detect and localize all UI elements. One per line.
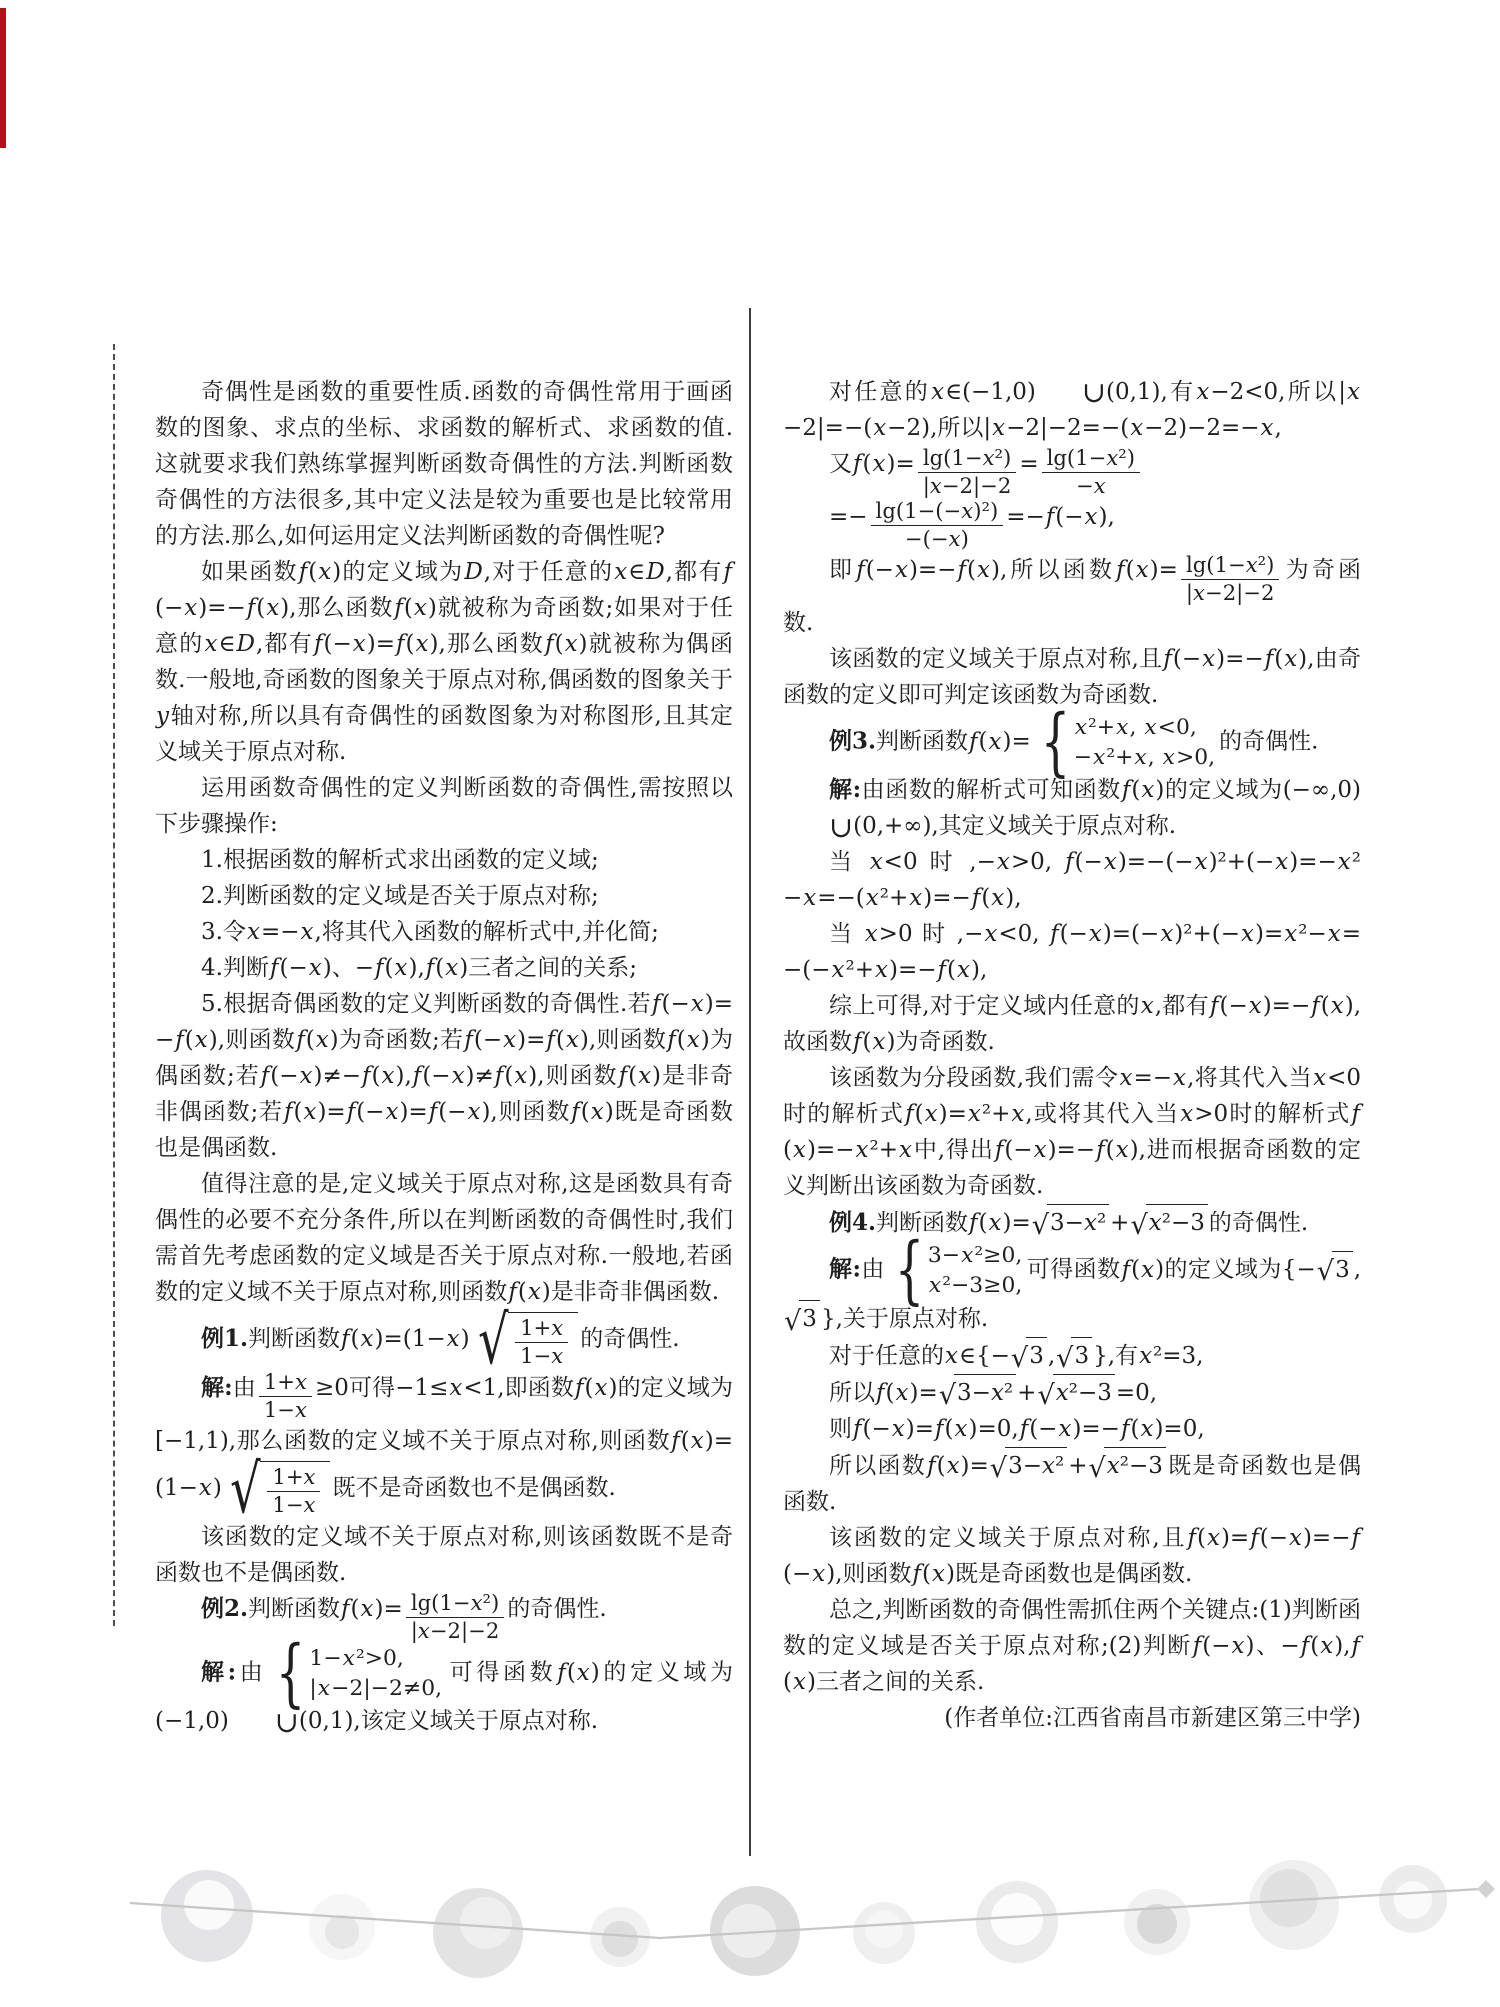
paragraph-right-3: =−lg(1−(−x)²)−(−x)=−f(−x),: [783, 499, 1361, 552]
math-run: =−: [829, 504, 868, 530]
bold-label: 例3.: [829, 728, 876, 755]
text-run: 1.根据函数的解析式求出函数的定义域;: [201, 847, 599, 873]
radicand: x²−3: [1104, 1447, 1166, 1484]
math-run: +: [1110, 1210, 1129, 1236]
paragraph-left-12: 该函数的定义域不关于原点对称,则该函数既不是奇函数也不是偶函数.: [155, 1519, 733, 1591]
text-run: 所以函数: [829, 1453, 926, 1479]
paragraph-left-6: 3.令x=−x,将其代入函数的解析式中,并化简;: [155, 914, 733, 950]
sqrt-expression: √3: [1011, 1337, 1047, 1374]
math-run: f(−x): [269, 955, 332, 981]
text-run: 即: [829, 557, 855, 583]
fraction-numerator: lg(1−(−x)²): [871, 499, 1004, 525]
text-run: 的定义域为: [617, 1375, 733, 1401]
text-run: 的定义域为: [600, 1660, 733, 1686]
radicand: 3−x²: [1005, 1447, 1067, 1484]
math-run: −f(x): [1280, 1633, 1343, 1659]
math-run: y: [155, 703, 170, 729]
sqrt-expression: √3−x²: [1032, 1204, 1109, 1241]
text-run: 运用函数奇偶性的定义判断函数的奇偶性,需按照以下步骤操作:: [155, 775, 733, 837]
math-run: x∈{−: [944, 1343, 1010, 1369]
cases-rows: 3−x²≥0,x²−3≥0,: [928, 1241, 1022, 1300]
fraction-numerator: lg(1−x²): [1042, 446, 1140, 472]
text-run: 综上可得,对于定义域内任意的: [829, 993, 1140, 1019]
paragraph-right-12: 例4.判断函数f(x)=√3−x²+√x²−3的奇偶性.: [783, 1204, 1361, 1241]
math-run: f(−x)=−f(x): [1162, 646, 1307, 672]
text-run: ,其定义域关于原点对称.: [931, 813, 1176, 839]
text-run: ,: [404, 1063, 411, 1089]
bold-label: 例4.: [829, 1209, 876, 1236]
math-run: f(x)=(1−x): [340, 1326, 470, 1352]
math-run: f(−x)=−f(x): [994, 1137, 1139, 1163]
text-run: 三者之间的关系;: [468, 955, 637, 981]
text-run: 时的解析式: [783, 1101, 904, 1127]
math-run: f(x)=: [926, 1453, 989, 1479]
text-run: 既不是奇函数也不是偶函数.: [332, 1475, 615, 1501]
text-run: 2.判断函数的定义域是否关于原点对称;: [201, 883, 599, 909]
text-run: 该函数的定义域关于原点对称,且: [829, 646, 1162, 672]
math-run: f(x)=: [968, 729, 1031, 755]
text-run: 又: [829, 451, 852, 477]
fraction-denominator: |x−2|−2: [1181, 579, 1280, 606]
text-run: 由函数的解析式可知函数: [861, 777, 1121, 803]
paragraph-left-9: 值得注意的是,定义域关于原点对称,这是函数具有奇偶性的必要不充分条件,所以在判断…: [155, 1166, 733, 1310]
math-run: f(x)=: [1115, 557, 1178, 583]
text-run: ,则函数: [835, 1561, 911, 1587]
sqrt-expression: √x²−3: [1130, 1204, 1207, 1241]
math-run: (−1,0)∪(0,1): [155, 1708, 353, 1734]
text-run: 如果函数: [201, 559, 298, 585]
math-run: =0: [1116, 1380, 1150, 1406]
decorative-circle: [1249, 1860, 1339, 1950]
text-run: ,所以函数: [1000, 557, 1115, 583]
math-run: x=−x: [246, 919, 315, 945]
cases-brace: {: [1040, 713, 1069, 772]
cases-block: {1−x²>0,|x−2|−2≠0,: [270, 1644, 442, 1703]
cases-row: |x−2|−2≠0,: [309, 1674, 442, 1703]
cases-brace: {: [895, 1241, 924, 1300]
text-run: 对任意的: [829, 379, 930, 405]
decorative-circle-inner: [1394, 1881, 1432, 1919]
fraction: lg(1−x²)|x−2|−2: [1181, 553, 1280, 606]
math-run: x=−x: [1118, 1065, 1187, 1091]
cases-brace: {: [276, 1644, 305, 1703]
math-run: f(−x)=−f(x): [1209, 993, 1354, 1019]
text-run: 由: [236, 1660, 266, 1686]
math-run: f(x): [393, 595, 436, 621]
text-run: ,: [1197, 1416, 1204, 1442]
fraction-denominator: 1−x: [267, 1491, 320, 1518]
text-run: ,该定义域关于原点对称.: [353, 1708, 598, 1734]
paragraph-right-11: 该函数为分段函数,我们需令x=−x,将其代入当x<0时的解析式f(x)=x²+x…: [783, 1060, 1361, 1204]
text-run: 的定义域为: [1164, 777, 1282, 803]
sqrt-expression: √1+x1−x: [224, 1459, 331, 1519]
text-run: ,: [1014, 885, 1021, 911]
math-run: {−: [1282, 1257, 1316, 1283]
radicand: 3: [1026, 1337, 1047, 1374]
paragraph-left-1: 奇偶性是函数的重要性质.函数的奇偶性常用于画函数的图象、求点的坐标、求函数的解析…: [155, 374, 733, 554]
math-run: [−1,1): [155, 1428, 229, 1454]
radicand: x²−3: [1053, 1374, 1115, 1411]
text-run: 判断函数: [248, 1326, 340, 1352]
text-run: 是非奇非偶函数.: [551, 1279, 719, 1305]
math-run: ,: [1048, 1343, 1055, 1369]
text-run: 为奇函数.: [895, 1029, 994, 1055]
text-run: 判断函数: [248, 1596, 340, 1622]
text-run: 时 ,: [913, 921, 965, 947]
paragraph-left-13: 例2.判断函数f(x)=lg(1−x²)|x−2|−2的奇偶性.: [155, 1591, 733, 1644]
text-run: ,: [980, 957, 987, 983]
text-run: 三者之间的关系.: [816, 1669, 984, 1695]
decorative-circle: [853, 1902, 915, 1964]
text-run: 奇偶性是函数的重要性质.函数的奇偶性常用于画函数的图象、求点的坐标、求函数的解析…: [155, 379, 733, 549]
sqrt-expression: √3: [784, 1300, 820, 1337]
text-run: 判断函数: [876, 729, 968, 755]
math-run: f(x)=: [340, 1596, 403, 1622]
math-run: D: [463, 559, 483, 585]
text-run: 由: [233, 1375, 256, 1401]
decorative-circle-inner: [991, 1893, 1043, 1945]
math-run: f(x): [544, 631, 587, 657]
text-run: ,: [417, 955, 424, 981]
fraction-denominator: −x: [1042, 472, 1140, 499]
text-run: 5.根据奇偶函数的定义判断函数的奇偶性.若: [201, 991, 651, 1017]
math-run: f(x)=f(−x)=f(−x): [283, 1099, 490, 1125]
math-run: f(x): [1121, 777, 1164, 803]
text-run: ,或将其代入当: [1025, 1101, 1179, 1127]
math-run: f(x): [574, 1375, 617, 1401]
math-run: x: [1140, 993, 1155, 1019]
decorative-circle-inner: [1260, 1869, 1318, 1927]
paragraph-left-3: 运用函数奇偶性的定义判断函数的奇偶性,需按照以下步骤操作:: [155, 770, 733, 842]
radical-sign: √: [478, 1310, 509, 1370]
math-run: f(−x)≠f(x): [412, 1063, 537, 1089]
text-run: ,那么函数: [439, 631, 545, 657]
math-run: f(x)=: [875, 1380, 938, 1406]
text-run: 4.判断: [201, 955, 269, 981]
math-run: f(x): [852, 1029, 895, 1055]
text-run: ,所以: [1278, 379, 1338, 405]
text-run: ,那么函数: [289, 595, 393, 621]
math-run: f(−x)=−f(x): [855, 557, 1000, 583]
decorative-circle-inner: [722, 1904, 776, 1958]
paragraph-left-11: 解:由1+x1−x≥0可得−1≤x<1,即函数f(x)的定义域为[−1,1),那…: [155, 1370, 733, 1519]
text-run: ,都有: [1155, 993, 1209, 1019]
math-run: ≥0: [315, 1375, 349, 1401]
cases-block: {3−x²≥0,x²−3≥0,: [889, 1241, 1022, 1300]
math-run: f(−x)=f(x)=0,f(−x)=−f(x)=0: [852, 1416, 1197, 1442]
decorative-circle-inner: [1137, 1904, 1177, 1944]
paragraph-right-7: 解:由函数的解析式可知函数f(x)的定义域为(−∞,0)∪(0,+∞),其定义域…: [783, 772, 1361, 844]
fraction-numerator: 1+x: [515, 1316, 568, 1342]
paragraph-right-19: 总之,判断函数的奇偶性需抓住两个关键点:(1)判断函数的定义域是否关于原点对称;…: [783, 1592, 1361, 1700]
decorative-circle: [976, 1881, 1058, 1963]
text-run: 的奇偶性.: [580, 1326, 679, 1352]
fraction-denominator: 1−x: [515, 1342, 568, 1369]
text-run: 既是奇函数也是偶函数.: [955, 1561, 1192, 1587]
math-run: x>0: [864, 921, 913, 947]
cases-row: x²−3≥0,: [928, 1271, 1022, 1300]
math-run: f(−x)=f(x): [463, 1027, 588, 1053]
math-run: f(x)=x²+x: [904, 1101, 1025, 1127]
radicand: 3−x²: [1047, 1204, 1109, 1241]
cases-rows: x²+x, x<0,−x²+x, x>0,: [1074, 713, 1215, 772]
paragraph-left-7: 4.判断f(−x)、−f(x),f(x)三者之间的关系;: [155, 950, 733, 986]
text-run: ,则函数: [218, 1027, 295, 1053]
text-run: ,则函数: [490, 1099, 570, 1125]
bold-label: 例2.: [201, 1595, 248, 1622]
math-run: x>0: [1179, 1101, 1228, 1127]
math-run: +: [1017, 1380, 1036, 1406]
decorative-circle: [1124, 1889, 1190, 1955]
paragraph-right-16: 则f(−x)=f(x)=0,f(−x)=−f(x)=0,: [783, 1411, 1361, 1447]
text-run: 的奇偶性.: [507, 1596, 606, 1622]
fraction: lg(1−x²)|x−2|−2: [918, 446, 1017, 499]
paragraph-right-20: (作者单位:江西省南昌市新建区第三中学): [783, 1700, 1361, 1736]
math-run: =−f(−x): [1006, 504, 1107, 530]
text-run: 可得函数: [1026, 1257, 1120, 1283]
text-run: 、: [1254, 1633, 1280, 1659]
fraction-numerator: lg(1−x²): [406, 1591, 505, 1617]
text-run: 轴对称,所以具有奇偶性的函数图象为对称图形,且其定义域关于原点对称.: [155, 703, 733, 765]
sqrt-expression: √x²−3: [1089, 1447, 1166, 1484]
math-run: f(x)=: [852, 451, 915, 477]
text-run: 的定义域为: [1164, 1257, 1282, 1283]
text-run: 当: [829, 921, 864, 947]
text-run: 所以: [829, 1380, 875, 1406]
paragraph-right-17: 所以函数f(x)=√3−x²+√x²−3既是奇函数也是偶函数.: [783, 1447, 1361, 1520]
math-run: x∈D: [204, 631, 256, 657]
text-run: ,: [1274, 415, 1281, 441]
decorative-circle-inner: [602, 1921, 638, 1957]
text-run: 该函数的定义域不关于原点对称,则该函数既不是奇函数也不是偶函数.: [155, 1524, 733, 1586]
sqrt-expression: √3: [1317, 1251, 1353, 1288]
text-run: 则: [829, 1416, 852, 1442]
sqrt-expression: √x²−3: [1037, 1374, 1114, 1411]
text-run: 可得函数: [446, 1660, 556, 1686]
bold-label: 解:: [829, 776, 861, 803]
text-run: ,有: [1108, 1343, 1138, 1369]
paragraph-left-2: 如果函数f(x)的定义域为D,对于任意的x∈D,都有f(−x)=−f(x),那么…: [155, 554, 733, 770]
chain-line: [130, 1889, 1480, 1938]
bold-label: 解:: [201, 1374, 233, 1401]
decorative-circle-inner: [325, 1915, 359, 1949]
math-run: −(x−2): [844, 415, 930, 441]
fraction: 1+x1−x: [267, 1465, 320, 1518]
paragraph-left-4: 1.根据函数的解析式求出函数的定义域;: [155, 842, 733, 878]
sqrt-expression: √3: [1056, 1337, 1092, 1374]
decorative-circle-inner: [460, 1897, 512, 1949]
radicand: 3−x²: [954, 1374, 1016, 1411]
paragraph-right-4: 即f(−x)=−f(x),所以函数f(x)=lg(1−x²)|x−2|−2为奇函…: [783, 552, 1361, 641]
page: 奇偶性是函数的重要性质.函数的奇偶性常用于画函数的图象、求点的坐标、求函数的解析…: [0, 0, 1500, 2007]
text-run: ,有: [1161, 379, 1196, 405]
paragraph-left-8: 5.根据奇偶函数的定义判断函数的奇偶性.若f(−x)=−f(x),则函数f(x)…: [155, 986, 733, 1166]
text-run: 的奇偶性.: [1219, 729, 1318, 755]
cases-row: 3−x²≥0,: [928, 1241, 1022, 1270]
math-run: x<0: [869, 849, 918, 875]
text-run: 中,得出: [913, 1137, 994, 1163]
text-run: 时的解析式: [1228, 1101, 1350, 1127]
fraction: lg(1−x²)−x: [1042, 446, 1140, 499]
fraction: 1+x1−x: [259, 1370, 312, 1423]
fraction-denominator: |x−2|−2: [406, 1617, 505, 1644]
math-run: f(x): [570, 1099, 613, 1125]
sqrt-expression: √3−x²: [939, 1374, 1016, 1411]
text-run: ,将其代入当: [1187, 1065, 1312, 1091]
fraction-numerator: lg(1−x²): [918, 446, 1017, 472]
column-divider: [749, 308, 751, 1856]
fraction: 1+x1−x: [515, 1316, 568, 1369]
paragraph-right-5: 该函数的定义域关于原点对称,且f(−x)=−f(x),由奇函数的定义即可判定该函…: [783, 641, 1361, 713]
math-run: +: [1068, 1453, 1087, 1479]
bold-label: 解:: [201, 1659, 236, 1686]
text-run: 时 ,: [918, 849, 977, 875]
text-run: ,则函数: [589, 1027, 666, 1053]
fraction-numerator: 1+x: [267, 1465, 320, 1491]
text-run: ,都有: [666, 559, 723, 585]
fraction-denominator: −(−x): [871, 525, 1004, 552]
right-column: 对任意的x∈(−1,0)∪(0,1),有x−2<0,所以|x−2|=−(x−2)…: [783, 374, 1361, 1736]
page-edge-mark: [0, 8, 6, 148]
math-run: f(x): [295, 1027, 338, 1053]
text-run: 、: [332, 955, 355, 981]
text-run: 该函数的定义域关于原点对称,且: [829, 1525, 1186, 1551]
paragraph-right-13: 解:由{3−x²≥0,x²−3≥0,可得函数f(x)的定义域为{−√3,√3},…: [783, 1241, 1361, 1337]
text-run: ,都有: [256, 631, 313, 657]
text-run: 的定义域为: [341, 559, 463, 585]
sqrt-expression: √1+x1−x: [472, 1310, 579, 1370]
math-run: f(−x): [1192, 1633, 1255, 1659]
math-run: |x−2|−2=−(x−2)−2=−x: [983, 415, 1274, 441]
bold-label: 例1.: [201, 1325, 248, 1352]
text-run: ,所以: [930, 415, 983, 441]
cases-row: −x²+x, x>0,: [1074, 743, 1215, 772]
fraction: lg(1−x²)|x−2|−2: [406, 1591, 505, 1644]
text-run: 3.令: [201, 919, 246, 945]
paragraph-right-1: 对任意的x∈(−1,0)∪(0,1),有x−2<0,所以|x−2|=−(x−2)…: [783, 374, 1361, 446]
math-run: f(x): [666, 1027, 709, 1053]
decorative-circle: [161, 1870, 253, 1962]
text-run: (作者单位:江西省南昌市新建区第三中学): [944, 1705, 1361, 1731]
math-run: f(x): [1121, 1257, 1164, 1283]
text-run: ,则函数: [537, 1063, 617, 1089]
math-run: ,: [1354, 1257, 1361, 1283]
math-run: }: [821, 1306, 836, 1332]
text-run: 的奇偶性.: [1209, 1210, 1308, 1236]
radical-sign: √: [230, 1459, 261, 1519]
left-column: 奇偶性是函数的重要性质.函数的奇偶性常用于画函数的图象、求点的坐标、求函数的解析…: [155, 374, 733, 1739]
paragraph-right-10: 综上可得,对于定义域内任意的x,都有f(−x)=−f(x),故函数f(x)为奇函…: [783, 988, 1361, 1060]
decorative-circle-inner: [184, 1880, 234, 1930]
paragraph-right-14: 对于任意的x∈{−√3,√3},有x²=3,: [783, 1337, 1361, 1374]
fraction: lg(1−(−x)²)−(−x): [871, 499, 1004, 552]
cases-rows: 1−x²>0,|x−2|−2≠0,: [309, 1644, 442, 1703]
math-run: f(x): [618, 1063, 661, 1089]
text-run: ,: [1108, 504, 1115, 530]
text-run: 该函数为分段函数,我们需令: [829, 1065, 1118, 1091]
cases-block: {x²+x, x<0,−x²+x, x>0,: [1035, 713, 1215, 772]
paragraph-left-10: 例1.判断函数f(x)=(1−x)√1+x1−x的奇偶性.: [155, 1310, 733, 1370]
decorative-circle: [590, 1907, 650, 1967]
math-run: x∈(−1,0)∪(0,1): [930, 379, 1160, 405]
math-run: f(x): [556, 1660, 599, 1686]
radicand: 1+x1−x: [508, 1312, 578, 1369]
cases-row: x²+x, x<0,: [1074, 713, 1215, 742]
text-run: ,: [1196, 1343, 1203, 1369]
radicand: 1+x1−x: [260, 1461, 330, 1518]
fraction-denominator: |x−2|−2: [918, 472, 1017, 499]
text-run: ,: [1150, 1380, 1157, 1406]
math-run: =: [1019, 451, 1038, 477]
fraction-numerator: 1+x: [259, 1370, 312, 1396]
left-dashed-rule: [113, 344, 115, 1626]
decorative-circle-inner: [865, 1910, 903, 1948]
sqrt-expression: √3−x²: [990, 1447, 1067, 1484]
text-run: 对于任意的: [829, 1343, 944, 1369]
paragraph-left-5: 2.判断函数的定义域是否关于原点对称;: [155, 878, 733, 914]
math-run: f(−x)=f(x): [313, 631, 438, 657]
chain-end-diamond: [1477, 1880, 1495, 1898]
decorative-circle: [433, 1888, 523, 1978]
math-run: x<0: [1312, 1065, 1361, 1091]
math-run: x−2<0: [1195, 379, 1278, 405]
paragraph-right-15: 所以f(x)=√3−x²+√x²−3=0,: [783, 1374, 1361, 1411]
radicand: 3: [1332, 1251, 1353, 1288]
math-run: f(x): [298, 559, 341, 585]
math-run: f(−x)≠−f(x): [260, 1063, 405, 1089]
paragraph-right-9: 当 x>0 时 ,−x<0, f(−x)=(−x)²+(−x)=x²−x=−(−…: [783, 916, 1361, 988]
paragraph-left-14: 解:由{1−x²>0,|x−2|−2≠0,可得函数f(x)的定义域为(−1,0)…: [155, 1644, 733, 1739]
text-run: ,将其代入函数的解析式中,并化简;: [314, 919, 658, 945]
math-run: f(x): [507, 1279, 550, 1305]
decorative-circle: [710, 1886, 800, 1976]
radicand: x²−3: [1146, 1204, 1208, 1241]
math-run: x²=3: [1138, 1343, 1196, 1369]
radicand: 3: [1071, 1337, 1092, 1374]
math-run: x∈D: [613, 559, 665, 585]
text-run: 当: [829, 849, 869, 875]
decorative-circle: [309, 1894, 375, 1960]
text-run: ,那么函数的定义域不关于原点对称,则函数: [229, 1428, 670, 1454]
math-run: f(x): [912, 1561, 955, 1587]
cases-row: 1−x²>0,: [309, 1644, 442, 1673]
fraction-numerator: lg(1−x²): [1181, 553, 1280, 579]
radicand: 3: [799, 1300, 820, 1337]
text-run: ,对于任意的: [484, 559, 613, 585]
math-run: f(x)=: [968, 1210, 1031, 1236]
text-run: 为奇函数;若: [339, 1027, 464, 1053]
fraction-denominator: 1−x: [259, 1396, 312, 1423]
math-run: }: [1093, 1343, 1108, 1369]
math-run: f(x): [425, 955, 468, 981]
paragraph-right-18: 该函数的定义域关于原点对称,且f(x)=f(−x)=−f(−x),则函数f(x)…: [783, 1520, 1361, 1592]
decorative-circle: [1379, 1865, 1447, 1933]
paragraph-right-8: 当 x<0 时 ,−x>0, f(−x)=−(−x)²+(−x)=−x²−x=−…: [783, 844, 1361, 916]
text-run: 由: [861, 1257, 885, 1283]
paragraph-right-2: 又f(x)=lg(1−x²)|x−2|−2=lg(1−x²)−x: [783, 446, 1361, 499]
math-run: −f(x): [355, 955, 418, 981]
text-run: 可得: [349, 1375, 395, 1401]
paragraph-right-6: 例3.判断函数f(x)={x²+x, x<0,−x²+x, x>0,的奇偶性.: [783, 713, 1361, 772]
bold-label: 解:: [829, 1256, 861, 1283]
